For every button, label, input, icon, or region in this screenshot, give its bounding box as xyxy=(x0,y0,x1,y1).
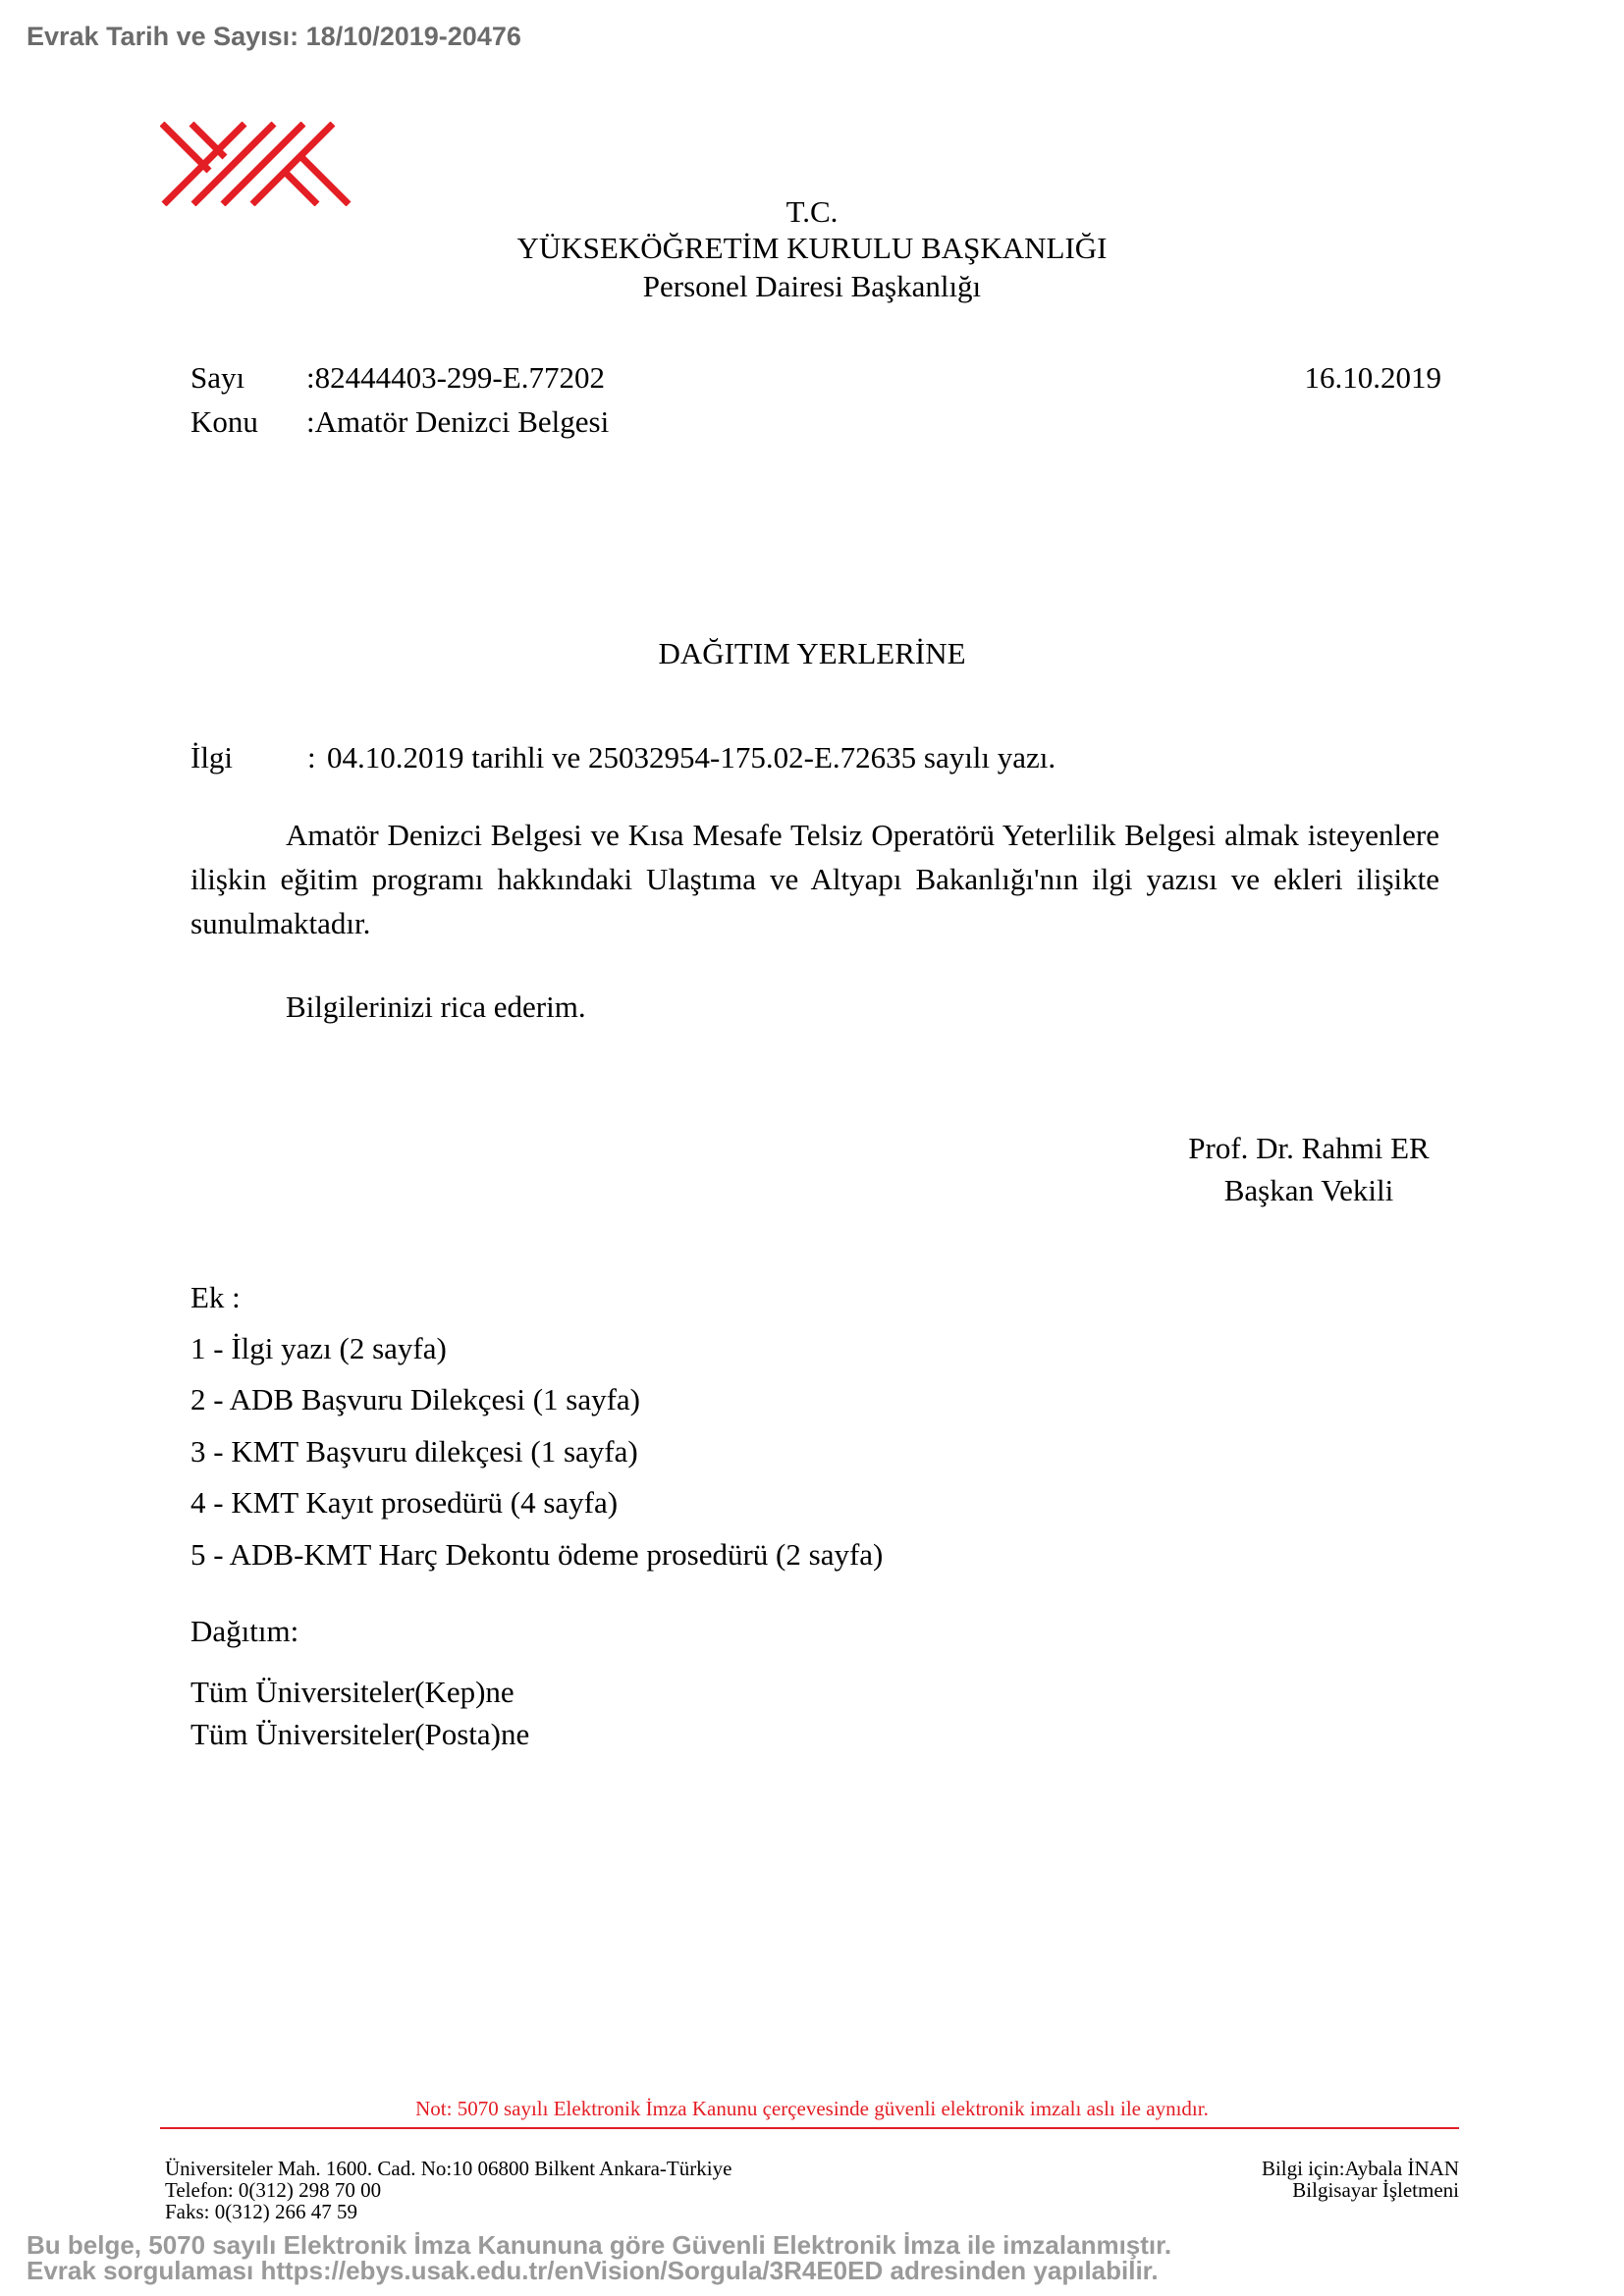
attachment-item: 1 - İlgi yazı (2 sayfa) xyxy=(190,1333,447,1363)
closing-line: Bilgilerinizi rica ederim. xyxy=(286,991,586,1022)
distribution-label: Dağıtım: xyxy=(190,1616,298,1646)
konu-value: :Amatör Denizci Belgesi xyxy=(306,406,609,437)
footer-contact-title: Bilgisayar İşletmeni xyxy=(1262,2179,1459,2201)
document-date: 16.10.2019 xyxy=(1305,362,1442,393)
distribution-item: Tüm Üniversiteler(Posta)ne xyxy=(190,1719,529,1749)
ilgi-label: İlgi xyxy=(190,742,233,773)
document-date-number-stamp: Evrak Tarih ve Sayısı: 18/10/2019-20476 xyxy=(27,22,521,52)
attachment-item: 3 - KMT Başvuru dilekçesi (1 sayfa) xyxy=(190,1436,638,1467)
ilgi-value: 04.10.2019 tarihli ve 25032954-175.02-E.… xyxy=(327,742,1056,773)
body-paragraph: Amatör Denizci Belgesi ve Kısa Mesafe Te… xyxy=(190,813,1439,945)
attachment-item: 2 - ADB Başvuru Dilekçesi (1 sayfa) xyxy=(190,1384,640,1415)
footer-contact: Bilgi için:Aybala İNAN xyxy=(1262,2158,1459,2179)
verification-link-text: Evrak sorgulaması https://ebys.usak.edu.… xyxy=(27,2256,1159,2286)
ilgi-colon: : xyxy=(307,742,316,773)
e-signature-note: Not: 5070 sayılı Elektronik İmza Kanunu … xyxy=(0,2097,1624,2121)
signatory-title: Başkan Vekili xyxy=(1159,1169,1459,1211)
footer-address: Üniversiteler Mah. 1600. Cad. No:10 0680… xyxy=(165,2158,731,2179)
footer-phone: Telefon: 0(312) 298 70 00 xyxy=(165,2179,731,2201)
signatory-name: Prof. Dr. Rahmi ER xyxy=(1159,1127,1459,1169)
attachments-label: Ek : xyxy=(190,1282,241,1312)
footer-fax: Faks: 0(312) 266 47 59 xyxy=(165,2201,731,2222)
distribution-item: Tüm Üniversiteler(Kep)ne xyxy=(190,1677,514,1707)
konu-label: Konu xyxy=(190,406,258,437)
signature-block: Prof. Dr. Rahmi ER Başkan Vekili xyxy=(1159,1127,1459,1211)
sayi-label: Sayı xyxy=(190,362,244,393)
header-department: Personel Dairesi Başkanlığı xyxy=(0,269,1624,304)
footer-address-block: Üniversiteler Mah. 1600. Cad. No:10 0680… xyxy=(165,2158,731,2222)
footer-contact-block: Bilgi için:Aybala İNAN Bilgisayar İşletm… xyxy=(1262,2158,1459,2201)
attachment-item: 4 - KMT Kayıt prosedürü (4 sayfa) xyxy=(190,1487,618,1518)
header-tc: T.C. xyxy=(0,194,1624,230)
footer-divider xyxy=(160,2127,1459,2129)
sayi-value: :82444403-299-E.77202 xyxy=(306,362,605,393)
recipient-heading: DAĞITIM YERLERİNE xyxy=(0,636,1624,671)
attachment-item: 5 - ADB-KMT Harç Dekontu ödeme prosedürü… xyxy=(190,1539,883,1570)
header-organization: YÜKSEKÖĞRETİM KURULU BAŞKANLIĞI xyxy=(0,231,1624,266)
